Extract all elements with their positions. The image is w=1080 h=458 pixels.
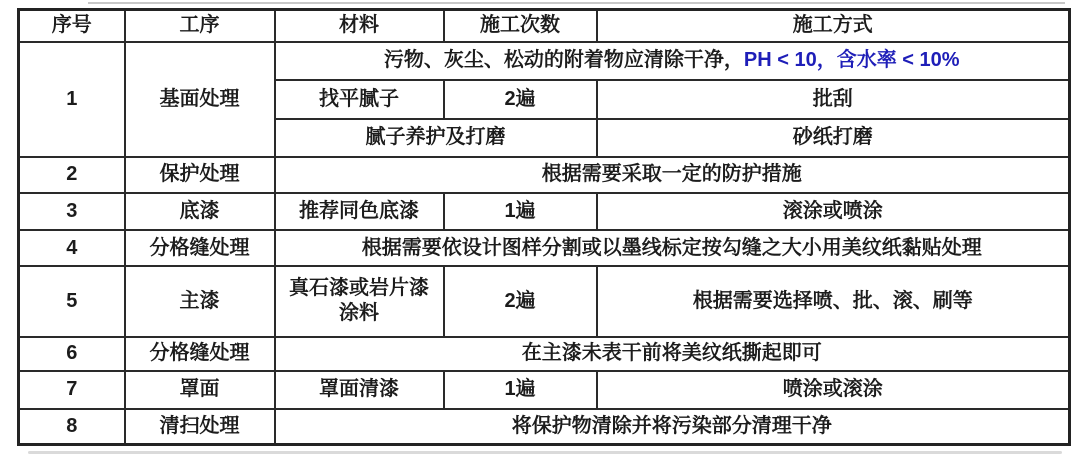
row1-note-black: 污物、灰尘、松动的附着物应清除干净， [384,49,744,71]
row4-seq: 4 [19,230,125,266]
row7-seq: 7 [19,371,125,409]
row7-method: 喷涂或滚涂 [597,371,1070,409]
table-row: 2 保护处理 根据需要采取一定的防护措施 [19,157,1070,194]
row1-surface-note: 污物、灰尘、松动的附着物应清除干净，PH < 10，含水率 < 10% [275,42,1070,80]
row1-sub3-method: 砂纸打磨 [597,119,1070,157]
row5-material: 真石漆或岩片漆涂料 [275,266,444,337]
header-method: 施工方式 [597,10,1070,42]
table-row: 6 分格缝处理 在主漆未表干前将美纹纸撕起即可 [19,337,1070,371]
row1-sub3-material: 腻子养护及打磨 [275,119,597,157]
top-crop-artifact-line [88,2,1065,4]
construction-process-document: 序号 工序 材料 施工次数 施工方式 1 基面处理 污物、灰尘、松动的附着物应清… [0,0,1080,458]
row8-process: 清扫处理 [125,409,275,445]
row4-method: 根据需要依设计图样分割或以墨线标定按勾缝之大小用美纹纸黏贴处理 [275,230,1070,266]
row8-seq: 8 [19,409,125,445]
row3-seq: 3 [19,193,125,230]
row3-times: 1遍 [444,193,597,230]
row5-method: 根据需要选择喷、批、滚、刷等 [597,266,1070,337]
row3-process: 底漆 [125,193,275,230]
row7-process: 罩面 [125,371,275,409]
table-row: 1 基面处理 污物、灰尘、松动的附着物应清除干净，PH < 10，含水率 < 1… [19,42,1070,80]
row1-process: 基面处理 [125,42,275,157]
table-row: 3 底漆 推荐同色底漆 1遍 滚涂或喷涂 [19,193,1070,230]
row6-seq: 6 [19,337,125,371]
row5-seq: 5 [19,266,125,337]
header-times: 施工次数 [444,10,597,42]
construction-process-table: 序号 工序 材料 施工次数 施工方式 1 基面处理 污物、灰尘、松动的附着物应清… [17,8,1071,446]
row7-times: 1遍 [444,371,597,409]
row4-process: 分格缝处理 [125,230,275,266]
table-row: 4 分格缝处理 根据需要依设计图样分割或以墨线标定按勾缝之大小用美纹纸黏贴处理 [19,230,1070,266]
row5-times: 2遍 [444,266,597,337]
row6-method: 在主漆未表干前将美纹纸撕起即可 [275,337,1070,371]
row2-method: 根据需要采取一定的防护措施 [275,157,1070,194]
table-header-row: 序号 工序 材料 施工次数 施工方式 [19,10,1070,42]
row1-sub2-material: 找平腻子 [275,80,444,119]
bottom-crop-artifact-line [28,451,1062,454]
row6-process: 分格缝处理 [125,337,275,371]
row2-process: 保护处理 [125,157,275,194]
row3-method: 滚涂或喷涂 [597,193,1070,230]
row2-seq: 2 [19,157,125,194]
header-material: 材料 [275,10,444,42]
row1-seq: 1 [19,42,125,157]
row1-note-blue: PH < 10，含水率 < 10% [744,49,960,71]
row5-process: 主漆 [125,266,275,337]
row7-material: 罩面清漆 [275,371,444,409]
table-row: 7 罩面 罩面清漆 1遍 喷涂或滚涂 [19,371,1070,409]
row1-sub2-times: 2遍 [444,80,597,119]
table-row: 8 清扫处理 将保护物清除并将污染部分清理干净 [19,409,1070,445]
row1-sub2-method: 批刮 [597,80,1070,119]
row3-material: 推荐同色底漆 [275,193,444,230]
table-row: 5 主漆 真石漆或岩片漆涂料 2遍 根据需要选择喷、批、滚、刷等 [19,266,1070,337]
header-process: 工序 [125,10,275,42]
row8-method: 将保护物清除并将污染部分清理干净 [275,409,1070,445]
header-seq: 序号 [19,10,125,42]
